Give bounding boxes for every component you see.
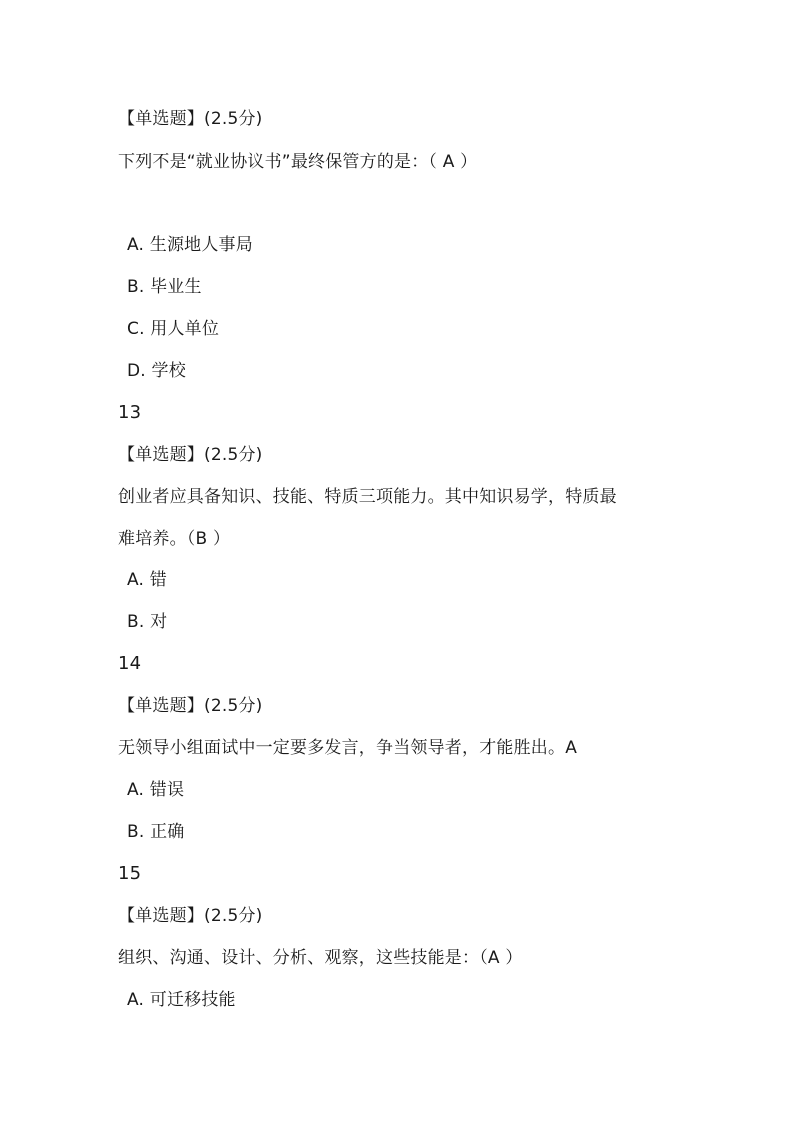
question-number: 15 bbox=[118, 862, 141, 886]
question-number: 13 bbox=[118, 401, 141, 425]
question-stem: 下列不是“就业协议书”最终保管方的是：（ A ） bbox=[118, 150, 477, 174]
option-c: C. 用人单位 bbox=[127, 317, 219, 341]
option-a: A. 错 bbox=[127, 568, 167, 592]
option-a: A. 可迁移技能 bbox=[127, 988, 236, 1012]
option-b: B. 正确 bbox=[127, 820, 184, 844]
question-type-label: 【单选题】(2.5分) bbox=[118, 443, 263, 467]
question-stem: 无领导小组面试中一定要多发言，争当领导者，才能胜出。A bbox=[118, 736, 577, 760]
option-b: B. 毕业生 bbox=[127, 275, 202, 299]
option-a: A. 生源地人事局 bbox=[127, 233, 253, 257]
option-d: D. 学校 bbox=[127, 359, 186, 383]
document-page: 【单选题】(2.5分) 下列不是“就业协议书”最终保管方的是：（ A ） A. … bbox=[0, 0, 800, 1132]
question-stem-continued: 难培养。（B ） bbox=[118, 527, 230, 551]
question-type-label: 【单选题】(2.5分) bbox=[118, 694, 263, 718]
option-a: A. 错误 bbox=[127, 778, 184, 802]
question-type-label: 【单选题】(2.5分) bbox=[118, 904, 263, 928]
question-stem: 创业者应具备知识、技能、特质三项能力。其中知识易学，特质最 bbox=[118, 485, 617, 509]
option-b: B. 对 bbox=[127, 610, 167, 634]
question-stem: 组织、沟通、设计、分析、观察，这些技能是：（A ） bbox=[118, 946, 523, 970]
question-type-label: 【单选题】(2.5分) bbox=[118, 107, 263, 131]
question-number: 14 bbox=[118, 652, 141, 676]
